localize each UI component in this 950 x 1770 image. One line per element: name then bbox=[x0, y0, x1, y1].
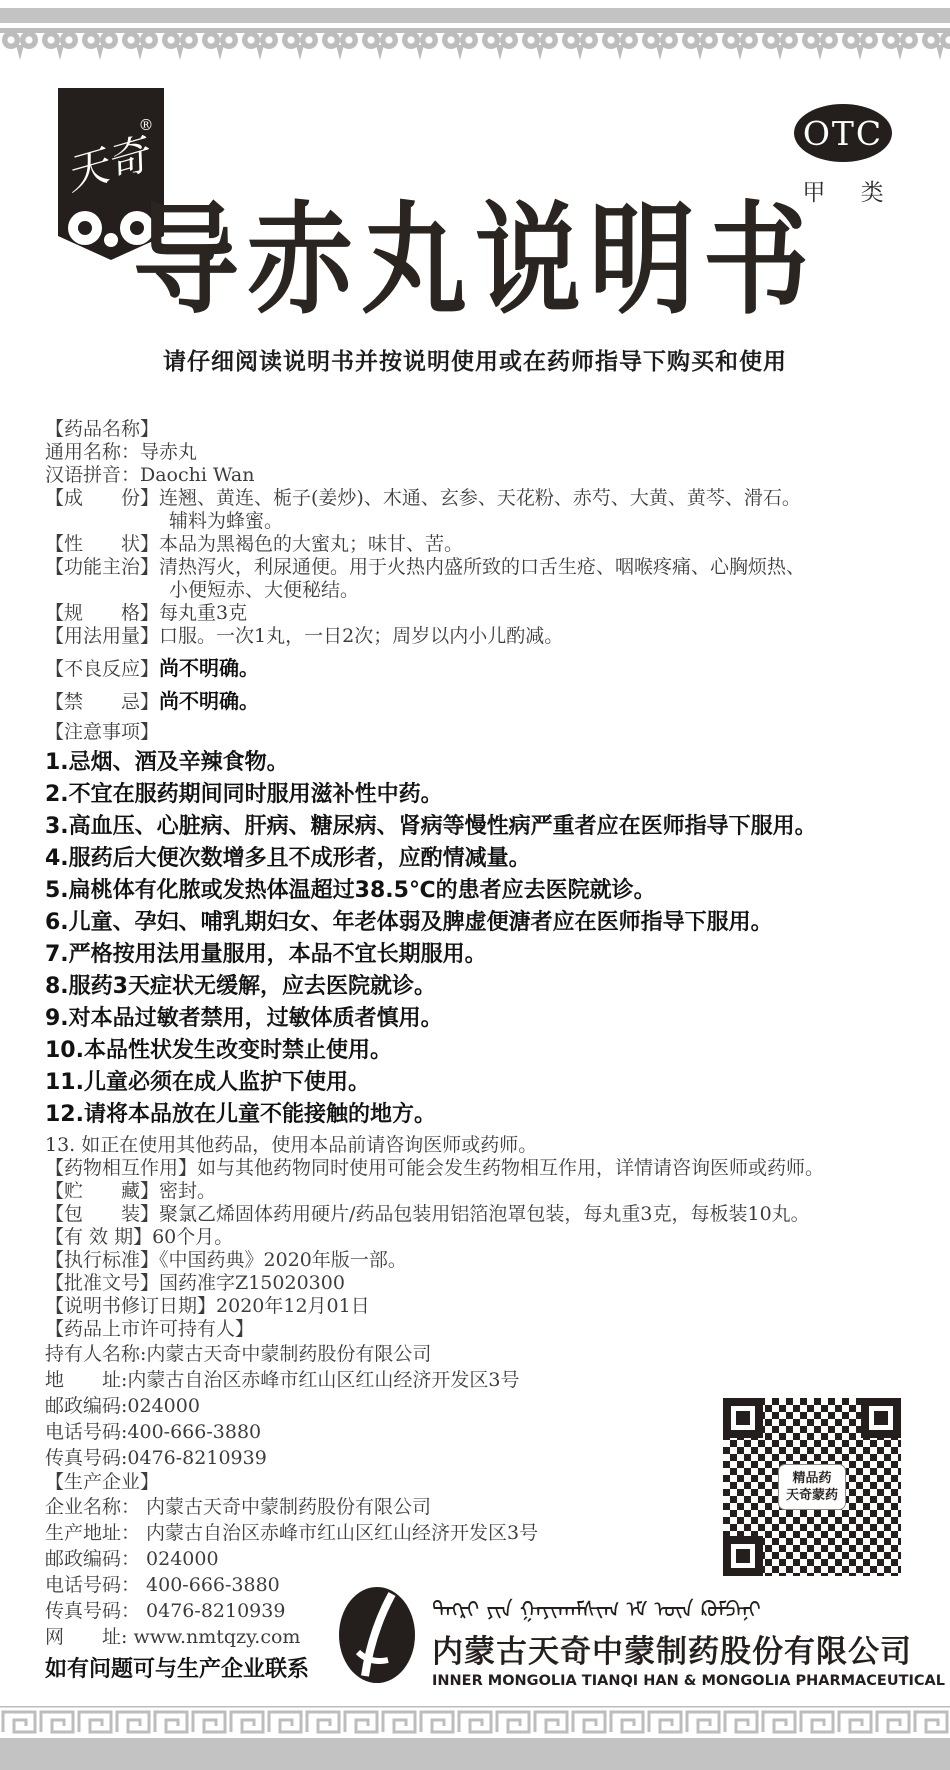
body-line: 小便短赤、大便秘结。 bbox=[45, 579, 905, 602]
section-label: 【药品名称】 bbox=[45, 418, 159, 440]
line-text: 聚氯乙烯固体药用硬片/药品包装用铝箔泡罩包装，每丸重3克，每板装10丸。 bbox=[159, 1203, 810, 1225]
body-line: 通用名称：导赤丸 bbox=[45, 441, 905, 464]
line-text: 2.不宜在服药期间同时服用滋补性中药。 bbox=[45, 782, 443, 807]
section-label: 【性 状】 bbox=[45, 533, 159, 555]
line-text: 邮政编码:024000 bbox=[45, 1395, 200, 1417]
line-text: 如与其他药物同时使用可能会发生药物相互作用，详情请咨询医师或药师。 bbox=[197, 1157, 824, 1179]
body-line: 【成 份】连翘、黄连、栀子(姜炒)、木通、玄参、天花粉、赤芍、大黄、黄芩、滑石。 bbox=[45, 487, 905, 510]
body-line: 【药品上市许可持有人】 bbox=[45, 1318, 905, 1341]
qr-label-line2: 天奇蒙药 bbox=[786, 1487, 838, 1504]
section-label: 【有 效 期】 bbox=[45, 1226, 152, 1248]
line-text: 8.服药3天症状无缓解，应去医院就诊。 bbox=[45, 974, 436, 999]
body-line: 8.服药3天症状无缓解，应去医院就诊。 bbox=[45, 974, 905, 1000]
body-line: 【批准文号】国药准字Z15020300 bbox=[45, 1272, 905, 1295]
manufacturer-brand: ᠲᠡᠭᠷᠢ ᠶᠢᠨ ᠭᠠᠶᠢᠬᠠᠮᠰᠢᠭ ᠡᠮ ᠦᠨ ᠺᠣᠮᠫᠠᠨᠢ 内蒙古天奇… bbox=[338, 1586, 950, 1689]
company-name-english: INNER MONGOLIA TIANQI HAN & MONGOLIA PHA… bbox=[432, 1673, 950, 1689]
header: 天奇 ® OTC 甲 类 导赤丸说明书 请仔细阅读说明书并按说明使用或在药师指导… bbox=[0, 0, 950, 400]
leaflet-page: 天奇 ® OTC 甲 类 导赤丸说明书 请仔细阅读说明书并按说明使用或在药师指导… bbox=[0, 0, 950, 1770]
section-label: 【药品上市许可持有人】 bbox=[45, 1318, 254, 1340]
line-text: 3.高血压、心脏病、肝病、糖尿病、肾病等慢性病严重者应在医师指导下服用。 bbox=[45, 814, 817, 839]
body-line: 【禁 忌】尚不明确。 bbox=[45, 690, 905, 714]
body-line: 汉语拼音：Daochi Wan bbox=[45, 464, 905, 487]
section-label: 【药物相互作用】 bbox=[45, 1157, 197, 1179]
line-text: 每丸重3克 bbox=[159, 602, 247, 624]
body-line: 4.服药后大便次数增多且不成形者，应酌情减量。 bbox=[45, 846, 905, 872]
line-text: 持有人名称:内蒙古天奇中蒙制药股份有限公司 bbox=[45, 1343, 431, 1365]
section-label: 【成 份】 bbox=[45, 487, 159, 509]
qr-center-label: 精品药 天奇蒙药 bbox=[778, 1464, 846, 1510]
section-label: 【注意事项】 bbox=[45, 721, 159, 743]
line-text: 12.请将本品放在儿童不能接触的地方。 bbox=[45, 1102, 436, 1127]
line-text: 邮政编码： 024000 bbox=[45, 1548, 219, 1570]
body-line: 持有人名称:内蒙古天奇中蒙制药股份有限公司 bbox=[45, 1341, 905, 1367]
body-line: 辅料为蜂蜜。 bbox=[45, 510, 905, 533]
body-line: 【性 状】本品为黑褐色的大蜜丸；味甘、苦。 bbox=[45, 533, 905, 556]
body-line: 13. 如正在使用其他药品，使用本品前请咨询医师或药师。 bbox=[45, 1134, 905, 1157]
line-text: 企业名称： 内蒙古天奇中蒙制药股份有限公司 bbox=[45, 1496, 431, 1518]
body-line: 11.儿童必须在成人监护下使用。 bbox=[45, 1070, 905, 1096]
line-text: 汉语拼音：Daochi Wan bbox=[45, 464, 254, 486]
body-line: 【药物相互作用】如与其他药物同时使用可能会发生药物相互作用，详情请咨询医师或药师… bbox=[45, 1157, 905, 1180]
body-line: 7.严格按用法用量服用，本品不宜长期服用。 bbox=[45, 942, 905, 968]
qr-finder-bottom-left bbox=[723, 1536, 763, 1576]
line-text: 传真号码： 0476-8210939 bbox=[45, 1600, 285, 1622]
line-text: 尚不明确。 bbox=[159, 656, 259, 680]
body-line: 【注意事项】 bbox=[45, 721, 905, 744]
line-text: 5.扁桃体有化脓或发热体温超过38.5℃的患者应去医院就诊。 bbox=[45, 878, 656, 903]
qr-finder-top-left bbox=[723, 1398, 763, 1438]
body-line: 【规 格】每丸重3克 bbox=[45, 602, 905, 625]
body-line: 10.本品性状发生改变时禁止使用。 bbox=[45, 1038, 905, 1064]
line-text: 密封。 bbox=[159, 1180, 216, 1202]
body-line: 1.忌烟、酒及辛辣食物。 bbox=[45, 750, 905, 776]
bottom-gray-bar bbox=[0, 1738, 950, 1770]
line-text: 电话号码:400-666-3880 bbox=[45, 1421, 261, 1443]
body-line: 9.对本品过敏者禁用，过敏体质者慎用。 bbox=[45, 1006, 905, 1032]
section-label: 【不良反应】 bbox=[45, 658, 159, 680]
section-label: 【贮 藏】 bbox=[45, 1180, 159, 1202]
body-line: 【包 装】聚氯乙烯固体药用硬片/药品包装用铝箔泡罩包装，每丸重3克，每板装10丸… bbox=[45, 1203, 905, 1226]
company-oval-logo bbox=[338, 1586, 416, 1684]
qr-finder-top-right bbox=[861, 1398, 901, 1438]
section-label: 【说明书修订日期】 bbox=[45, 1295, 216, 1317]
line-text: 7.严格按用法用量服用，本品不宜长期服用。 bbox=[45, 942, 487, 967]
line-text: 小便短赤、大便秘结。 bbox=[169, 579, 359, 601]
line-text: 本品为黑褐色的大蜜丸；味甘、苦。 bbox=[159, 533, 463, 555]
section-label: 【用法用量】 bbox=[45, 625, 159, 647]
line-text: 口服。一次1丸，一日2次；周岁以内小儿酌减。 bbox=[159, 625, 563, 647]
body-line: 【有 效 期】60个月。 bbox=[45, 1226, 905, 1249]
section-label: 【批准文号】 bbox=[45, 1272, 159, 1294]
line-text: 网 址: www.nmtqzy.com bbox=[45, 1626, 300, 1648]
body-line: 地 址:内蒙古自治区赤峰市红山区红山经济开发区3号 bbox=[45, 1367, 905, 1393]
company-name-chinese: 内蒙古天奇中蒙制药股份有限公司 bbox=[432, 1634, 950, 1670]
line-text: 辅料为蜂蜜。 bbox=[169, 510, 283, 532]
line-text: 连翘、黄连、栀子(姜炒)、木通、玄参、天花粉、赤芍、大黄、黄芩、滑石。 bbox=[159, 487, 801, 509]
body-line: 【执行标准】《中国药典》2020年版一部。 bbox=[45, 1249, 905, 1272]
body-line: 【功能主治】清热泻火，利尿通便。用于火热内盛所致的口舌生疮、咽喉疼痛、心胸烦热、 bbox=[45, 556, 905, 579]
brand-text: ᠲᠡᠭᠷᠢ ᠶᠢᠨ ᠭᠠᠶᠢᠬᠠᠮᠰᠢᠭ ᠡᠮ ᠦᠨ ᠺᠣᠮᠫᠠᠨᠢ 内蒙古天奇… bbox=[432, 1586, 950, 1689]
line-text: 2020年12月01日 bbox=[216, 1295, 370, 1317]
line-text: 如有问题可与生产企业联系 bbox=[45, 1657, 309, 1682]
page-title: 导赤丸说明书 bbox=[0, 0, 950, 325]
line-text: 9.对本品过敏者禁用，过敏体质者慎用。 bbox=[45, 1006, 443, 1031]
bottom-meander-border bbox=[0, 1706, 950, 1736]
body-line: 12.请将本品放在儿童不能接触的地方。 bbox=[45, 1102, 905, 1128]
body-line: 3.高血压、心脏病、肝病、糖尿病、肾病等慢性病严重者应在医师指导下服用。 bbox=[45, 814, 905, 840]
line-text: 尚不明确。 bbox=[159, 689, 259, 713]
body-line: 【用法用量】口服。一次1丸，一日2次；周岁以内小儿酌减。 bbox=[45, 625, 905, 648]
line-text: 1.忌烟、酒及辛辣食物。 bbox=[45, 750, 289, 775]
line-text: 国药准字Z15020300 bbox=[159, 1272, 345, 1294]
line-text: 《中国药典》2020年版一部。 bbox=[159, 1249, 407, 1271]
body-line: 【不良反应】尚不明确。 bbox=[45, 657, 905, 681]
line-text: 13. 如正在使用其他药品，使用本品前请咨询医师或药师。 bbox=[45, 1134, 537, 1156]
page-subtitle: 请仔细阅读说明书并按说明使用或在药师指导下购买和使用 bbox=[0, 343, 950, 376]
section-label: 【生产企业】 bbox=[45, 1471, 159, 1493]
line-text: 11.儿童必须在成人监护下使用。 bbox=[45, 1070, 370, 1095]
section-label: 【规 格】 bbox=[45, 602, 159, 624]
qr-label-line1: 精品药 bbox=[786, 1470, 838, 1487]
line-text: 4.服药后大便次数增多且不成形者，应酌情减量。 bbox=[45, 846, 531, 871]
body-line: 5.扁桃体有化脓或发热体温超过38.5℃的患者应去医院就诊。 bbox=[45, 878, 905, 904]
body-line: 2.不宜在服药期间同时服用滋补性中药。 bbox=[45, 782, 905, 808]
qr-code: 精品药 天奇蒙药 bbox=[723, 1398, 901, 1576]
body-line: 【贮 藏】密封。 bbox=[45, 1180, 905, 1203]
section-label: 【包 装】 bbox=[45, 1203, 159, 1225]
line-text: 60个月。 bbox=[152, 1226, 233, 1248]
line-text: 地 址:内蒙古自治区赤峰市红山区红山经济开发区3号 bbox=[45, 1369, 520, 1391]
line-text: 生产地址： 内蒙古自治区赤峰市红山区红山经济开发区3号 bbox=[45, 1522, 538, 1544]
line-text: 传真号码:0476-8210939 bbox=[45, 1447, 267, 1469]
line-text: 6.儿童、孕妇、哺乳期妇女、年老体弱及脾虚便溏者应在医师指导下服用。 bbox=[45, 910, 773, 935]
mongolian-script: ᠲᠡᠭᠷᠢ ᠶᠢᠨ ᠭᠠᠶᠢᠬᠠᠮᠰᠢᠭ ᠡᠮ ᠦᠨ ᠺᠣᠮᠫᠠᠨᠢ bbox=[432, 1586, 950, 1634]
body-line: 【说明书修订日期】2020年12月01日 bbox=[45, 1295, 905, 1318]
section-label: 【功能主治】 bbox=[45, 556, 159, 578]
line-text: 通用名称：导赤丸 bbox=[45, 441, 197, 463]
body-line: 6.儿童、孕妇、哺乳期妇女、年老体弱及脾虚便溏者应在医师指导下服用。 bbox=[45, 910, 905, 936]
section-label: 【禁 忌】 bbox=[45, 691, 159, 713]
line-text: 10.本品性状发生改变时禁止使用。 bbox=[45, 1038, 392, 1063]
line-text: 清热泻火，利尿通便。用于火热内盛所致的口舌生疮、咽喉疼痛、心胸烦热、 bbox=[159, 556, 805, 578]
body-line: 【药品名称】 bbox=[45, 418, 905, 441]
section-label: 【执行标准】 bbox=[45, 1249, 159, 1271]
line-text: 电话号码： 400-666-3880 bbox=[45, 1574, 280, 1596]
